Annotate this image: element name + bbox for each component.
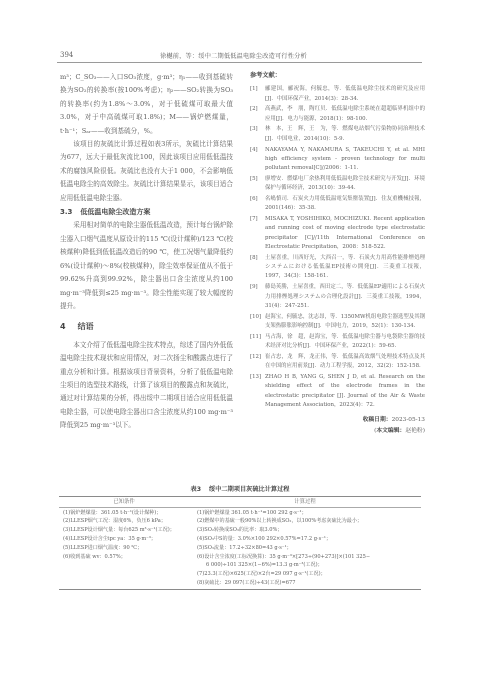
known-condition: (2)LLESP烟气工况：湿度6%，负压6 kPa；	[63, 517, 193, 526]
table-header-row: 已知条件 计算过程	[59, 497, 421, 507]
known-condition: (4)LLESP设计含尘ipc ya：35 g·m⁻³；	[63, 535, 193, 544]
reference-index: [13]	[250, 373, 265, 410]
known-conditions-cell: (1)锅炉燃煤量：361.05 t·h⁻¹(设计煤种)； (2)LLESP烟气工…	[59, 509, 193, 588]
received-label: 收稿日期：	[363, 417, 392, 423]
references-column: 参考文献： [1]郦建国，郦祝海，何毓忠，等．低低温电除尘技术的研究及应用[J]…	[250, 71, 425, 437]
reference-text: 马占海，徐 超，赵海宝，等．低低温电除尘器与电袋除尘器的技术经济对比分析[J]．…	[265, 333, 425, 352]
section-title: 结语	[78, 322, 94, 331]
known-condition: (3)LLESP设计烟气量：每台625 m³·s⁻¹(工况)；	[63, 526, 193, 535]
header-rule	[57, 62, 422, 63]
paragraph-retrofit-plan: 采用相对简单的电除尘器低低温改造，预计每台锅炉除尘器入口烟气温度从原设计的115…	[60, 219, 233, 313]
reference-index: [6]	[250, 195, 265, 214]
reference-item: [4]NAKAYAMA Y, NAKAMURA S, TAKEUCHI Y, e…	[250, 146, 425, 174]
section-heading-3-3: 3.3低低温电除尘改造方案	[60, 206, 233, 219]
reference-text: 郦建国，郦祝海，何毓忠，等．低低温电除尘技术的研究及应用[J]．中国环保产业，2…	[265, 85, 425, 104]
known-condition: (6)收到基硫 wv：0.57%；	[63, 553, 193, 562]
reference-text: 林 本，王 辉，王 为，等．燃煤电站烟气污染物协同治理技术[J]．中国电业，20…	[265, 125, 425, 144]
known-condition: (5)LLESP进口烟气温度：90 ℃；	[63, 544, 193, 553]
calculation-step: (8)灰硫比：29 097(工况)÷43(工况)=677	[197, 579, 421, 588]
reference-text: ZHAO H B, YANG G, SHEN J D, et al. Resea…	[265, 373, 425, 410]
section-number: 4	[60, 322, 66, 331]
calculation-step: (4)SO₃中S的量：3.0%×100 292×0.57%=17.2 g·s⁻¹…	[197, 535, 421, 544]
ash-sulfur-ratio-table: 已知条件 计算过程 (1)锅炉燃煤量：361.05 t·h⁻¹(设计煤种)； (…	[59, 496, 421, 590]
reference-text: NAKAYAMA Y, NAKAMURA S, TAKEUCHI Y, et a…	[265, 146, 425, 174]
reference-index: [4]	[250, 146, 265, 174]
reference-item: [5]廖增安．燃煤电厂余热利用低低温电除尘技术研究与开发[J]．环境保护与循环经…	[250, 175, 425, 194]
received-value: 2023-05-13	[392, 417, 425, 423]
reference-item: [3]林 本，王 辉，王 为，等．燃煤电站烟气污染物协同治理技术[J]．中国电业…	[250, 125, 425, 144]
reference-index: [8]	[250, 254, 265, 282]
reference-text: 赵海宝，何毓忠，沈志昂，等．1350MW机组电除尘器选型及其钢支架热膨胀影响控制…	[265, 313, 425, 332]
reference-item: [9]藤島英勝，土屋喜重，西田定二，等．低低温EP適用による石炭火力用排煙処理シ…	[250, 283, 425, 311]
reference-item: [8]土屋喜重，川西好光，大西召一，等．石炭火力用高性能排煙処理システムにおける…	[250, 254, 425, 282]
reference-index: [3]	[250, 125, 265, 144]
reference-index: [2]	[250, 105, 265, 124]
column-header-calculation: 计算过程	[189, 497, 421, 507]
reference-item: [2]高燕武，李 朋，陶红贝．低低温电除尘系统在超超临界机组中的应用[J]．电力…	[250, 105, 425, 124]
table-caption: 表3绥中二期项目灰硫比计算过程	[0, 484, 480, 493]
reference-item: [6]名嶋慎司．石炭火力用低低温電気集塵装置[J]．住友重機械技報，2001(1…	[250, 195, 425, 214]
section-number: 3.3	[60, 208, 72, 216]
calculation-step: (3)SO₂转换成SO₃的比率：取3.0%；	[197, 526, 421, 535]
calculation-cell: (1)锅炉燃煤量 361.05 t·h⁻¹=100 292 g·s⁻¹； (2)…	[193, 509, 421, 588]
reference-item: [7]MISAKA T, YOSHIHIKO, MOCHIZUKI. Recen…	[250, 215, 425, 252]
reference-index: [11]	[250, 333, 265, 352]
reference-text: 廖增安．燃煤电厂余热利用低低温电除尘技术研究与开发[J]．环境保护与循环经济，2…	[265, 175, 425, 194]
reference-text: 土屋喜重，川西好光，大西召一，等．石炭火力用高性能排煙処理システムにおける低低温…	[265, 254, 425, 282]
paragraph-ash-sulfur-ratio: 该项目的灰硫比计算过程如表3所示，灰硫比计算结果为677，远大于最低灰流比100…	[60, 138, 233, 205]
table-title: 绥中二期项目灰硫比计算过程	[209, 486, 289, 493]
reference-index: [1]	[250, 85, 265, 104]
reference-index: [7]	[250, 215, 265, 252]
reference-list: [1]郦建国，郦祝海，何毓忠，等．低低温电除尘技术的研究及应用[J]．中国环保产…	[250, 85, 425, 410]
calculation-step: (7)23.3(工况)×625(工况)×2台=29 097 g·s⁻¹(工况)；	[197, 570, 421, 579]
reference-text: MISAKA T, YOSHIHIKO, MOCHIZUKI. Recent a…	[265, 215, 425, 252]
known-condition: (1)锅炉燃煤量：361.05 t·h⁻¹(设计煤种)；	[63, 509, 193, 518]
reference-text: 藤島英勝，土屋喜重，西田定二，等．低低温EP適用による石炭火力用排煙処理システム…	[265, 283, 425, 311]
reference-text: 名嶋慎司．石炭火力用低低温電気集塵装置[J]．住友重機械技報，2001(146)…	[265, 195, 425, 214]
section-heading-4: 4结语	[60, 320, 233, 333]
running-title: 徐樾前，等：绥中二期低低温电除尘改造可行性分析	[160, 51, 307, 60]
reference-item: [10]赵海宝，何毓忠，沈志昂，等．1350MW机组电除尘器选型及其钢支架热膨胀…	[250, 313, 425, 332]
left-column: m³；C_SO₃——入口SO₃浓度，g·m³；η₁——收到基硫转换为SO₂的转换…	[60, 71, 233, 433]
reference-index: [9]	[250, 283, 265, 311]
paragraph-formula-definitions: m³；C_SO₃——入口SO₃浓度，g·m³；η₁——收到基硫转换为SO₂的转换…	[60, 71, 233, 138]
reference-item: [11]马占海，徐 超，赵海宝，等．低低温电除尘器与电袋除尘器的技术经济对比分析…	[250, 333, 425, 352]
reference-item: [12]崔占忠，龙 辉，龙正伟，等．低低温高效烟气处理技术特点及其在中国的应用前…	[250, 353, 425, 372]
reference-index: [5]	[250, 175, 265, 194]
references-title: 参考文献：	[250, 71, 425, 80]
calculation-step: (6)设计含尘浓度(工标况换算)：35 g·m⁻³×[273÷(90+273)]…	[197, 553, 421, 562]
reference-text: 高燕武，李 朋，陶红贝．低低温电除尘系统在超超临界机组中的应用[J]．电力与能源…	[265, 105, 425, 124]
reference-item: [1]郦建国，郦祝海，何毓忠，等．低低温电除尘技术的研究及应用[J]．中国环保产…	[250, 85, 425, 104]
calculation-step-continued: 6 000)÷101 325×(1−6%)=13.3 g·m⁻³(工况)；	[197, 561, 421, 570]
editor-note: (本文编辑：赵艳粉)	[250, 426, 425, 437]
editor-label: 本文编辑：	[376, 428, 405, 434]
section-title: 低低温电除尘改造方案	[80, 208, 150, 216]
reference-item: [13]ZHAO H B, YANG G, SHEN J D, et al. R…	[250, 373, 425, 410]
column-header-known-conditions: 已知条件	[59, 497, 189, 507]
reference-text: 崔占忠，龙 辉，龙正伟，等．低低温高效烟气处理技术特点及其在中国的应用前景[J]…	[265, 353, 425, 372]
reference-index: [12]	[250, 353, 265, 372]
table-body: (1)锅炉燃煤量：361.05 t·h⁻¹(设计煤种)； (2)LLESP烟气工…	[59, 508, 421, 589]
table-number: 表3	[191, 486, 202, 493]
editor-name: 赵艳粉	[405, 428, 422, 434]
calculation-step: (2)燃煤中的基硫一般90%以上转换成SO₂，以100%考虑灰硫比为最小；	[197, 517, 421, 526]
paragraph-conclusion: 本文介绍了低低温电除尘技术特点，综述了国内外低低温电除尘技术现状和应用情况，对二…	[60, 339, 233, 433]
table-bottom-rule	[59, 589, 421, 590]
calculation-step: (1)锅炉燃煤量 361.05 t·h⁻¹=100 292 g·s⁻¹；	[197, 509, 421, 518]
calculation-step: (5)SO₃流量：17.2÷32×80=43 g·s⁻¹；	[197, 544, 421, 553]
reference-index: [10]	[250, 313, 265, 332]
received-date: 收稿日期：2023-05-13	[250, 415, 425, 426]
page-number: 394	[60, 51, 73, 59]
